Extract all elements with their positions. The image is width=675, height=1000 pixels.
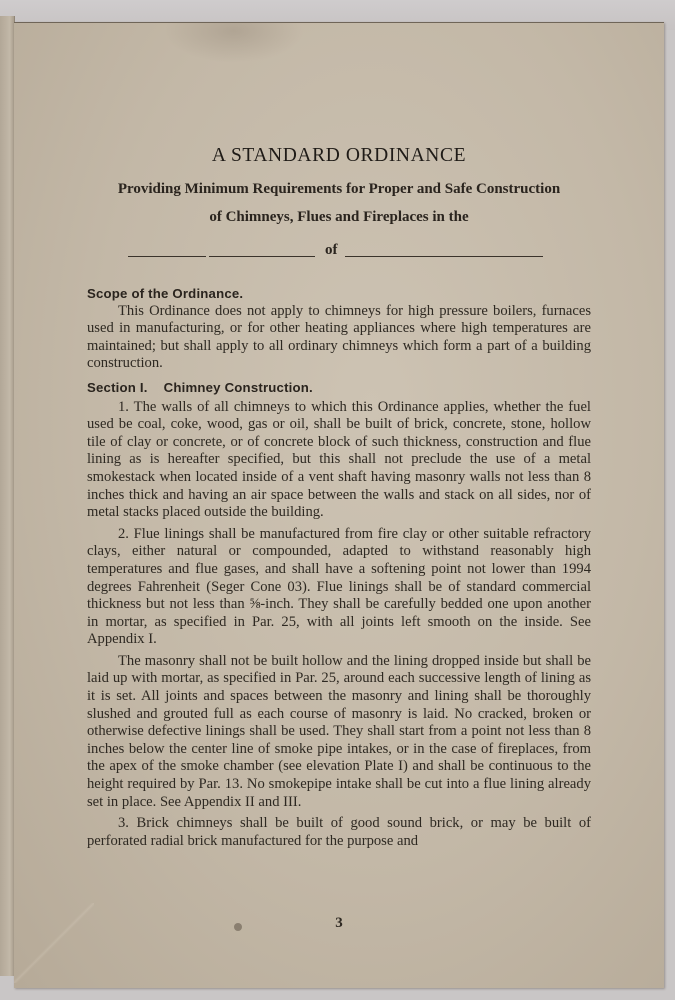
blank-field-3 — [345, 256, 543, 257]
booklet-page: A STANDARD ORDINANCE Providing Minimum R… — [14, 22, 664, 988]
scope-paragraph: This Ordinance does not apply to chimney… — [87, 303, 591, 373]
paragraph-2-continued: The masonry shall not be built hollow an… — [87, 653, 591, 811]
section-heading: Section I.Chimney Construction. — [87, 379, 591, 397]
document-body: A STANDARD ORDINANCE Providing Minimum R… — [14, 23, 664, 988]
blank-connector: of — [325, 242, 338, 259]
paragraph-3: 3. Brick chimneys shall be built of good… — [87, 815, 591, 850]
document-subtitle-line-1: Providing Minimum Requirements for Prope… — [14, 181, 664, 198]
ordinance-text: Scope of the Ordinance. This Ordinance d… — [87, 285, 591, 850]
jurisdiction-blank-line: of — [14, 241, 664, 261]
section-title: Chimney Construction. — [164, 380, 313, 395]
page-number: 3 — [14, 915, 664, 932]
section-number: Section I. — [87, 379, 148, 397]
blank-field-1 — [128, 256, 206, 257]
scope-heading: Scope of the Ordinance. — [87, 285, 591, 303]
document-subtitle-line-2: of Chimneys, Flues and Fireplaces in the — [14, 209, 664, 226]
paragraph-1: 1. The walls of all chimneys to which th… — [87, 399, 591, 522]
blank-field-2 — [209, 256, 315, 257]
ink-spot — [234, 923, 242, 931]
facing-page-edge — [0, 16, 15, 976]
document-title: A STANDARD ORDINANCE — [14, 145, 664, 167]
paragraph-2: 2. Flue linings shall be manufactured fr… — [87, 526, 591, 649]
